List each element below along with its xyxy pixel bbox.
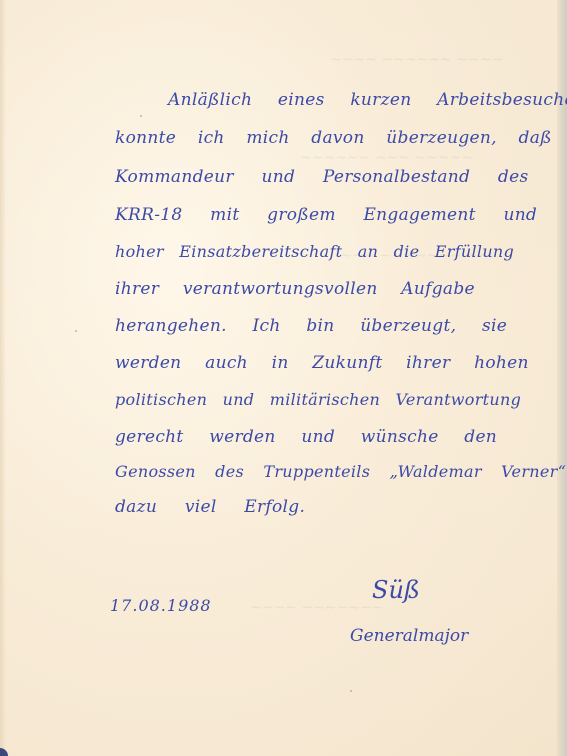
show-through-text: ~~~~ ~~~~~~ ~~~~ — [330, 52, 503, 68]
letter-date: 17.08.1988 — [110, 596, 212, 615]
letter-page: ~~~~ ~~~~~~ ~~~~ ~~~~~~ ~~~ ~~~~~ ~~~ ~~… — [0, 0, 567, 756]
letter-line: hoher Einsatzbereitschaft an die Erfüllu… — [115, 242, 514, 261]
paper-speck — [350, 690, 352, 692]
show-through-text: ~~~~~~ ~~~ ~~~~~ — [300, 150, 473, 166]
signer-rank: Generalmajor — [350, 626, 468, 646]
letter-line: werden auch in Zukunft ihrer hohen — [115, 353, 529, 373]
paper-speck — [75, 330, 77, 332]
letter-line: KRR-18 mit großem Engagement und — [115, 205, 537, 225]
paper-left-edge — [0, 0, 6, 756]
show-through-text: ~~~~ ~~~~~~~ — [250, 600, 384, 616]
signature: Süß — [372, 576, 420, 604]
letter-line: gerecht werden und wünsche den — [115, 427, 497, 447]
letter-line: herangehen. Ich bin überzeugt, sie — [115, 316, 507, 336]
letter-line: politischen und militärischen Verantwort… — [115, 390, 521, 409]
paper-right-edge — [557, 0, 567, 756]
letter-line: Kommandeur und Personalbestand des — [115, 167, 529, 187]
letter-line: Anläßlich eines kurzen Arbeitsbesuches — [168, 90, 567, 110]
letter-line: ihrer verantwortungsvollen Aufgabe — [115, 279, 475, 299]
letter-line: konnte ich mich davon überzeugen, daß — [115, 128, 552, 148]
letter-line: Genossen des Truppenteils „Waldemar Vern… — [115, 462, 566, 481]
paper-speck — [140, 115, 142, 117]
corner-mark — [0, 748, 8, 756]
letter-line: dazu viel Erfolg. — [115, 497, 305, 517]
